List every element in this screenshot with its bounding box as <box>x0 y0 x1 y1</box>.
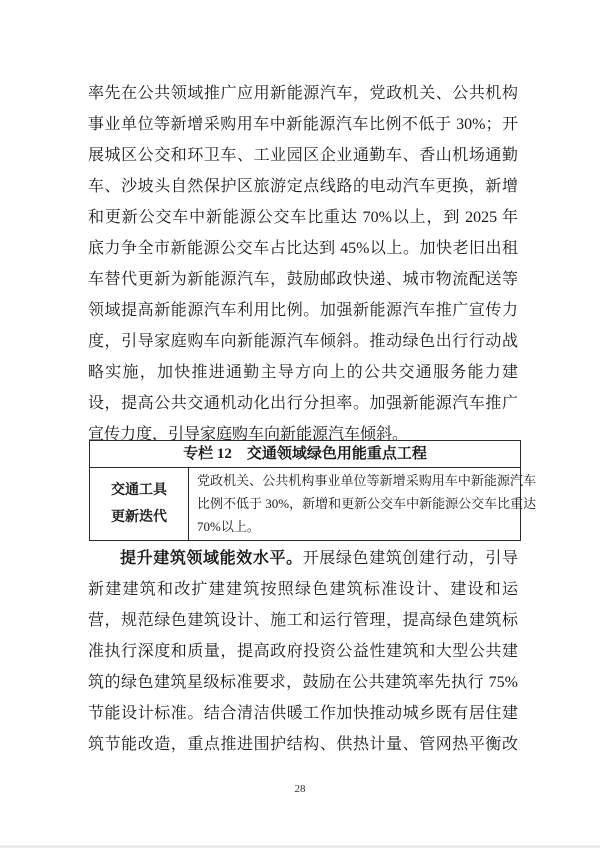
table-title: 专栏 12 交通领域绿色用能重点工程 <box>90 441 520 468</box>
text-line: 展城区公交和环卫车、工业园区企业通勤车、香山机场通勤 <box>88 140 518 171</box>
text-line: 准执行深度和质量，提高政府投资公益性建筑和大型公共建 <box>88 636 518 667</box>
table-body-row: 交通工具 更新迭代 党政机关、公共机构事业单位等新增采购用车中新能源汽车 比例不… <box>90 468 520 540</box>
table-content-line: 比例不低于 30%，新增和更新公交车中新能源公交车比重达 <box>197 492 536 515</box>
table-row-label-line: 交通工具 <box>111 477 167 504</box>
text-line: 提升建筑领域能效水平。开展绿色建筑创建行动，引导 <box>88 543 518 574</box>
paragraph-lead-heading: 提升建筑领域能效水平。 <box>120 550 303 567</box>
text-line: 新建建筑和改扩建建筑按照绿色建筑标准设计、建设和运 <box>88 574 518 605</box>
table-content-line: 党政机关、公共机构事业单位等新增采购用车中新能源汽车 <box>197 469 536 492</box>
text-line: 节能设计标准。结合清洁供暖工作加快推动城乡既有居住建 <box>88 698 518 729</box>
text-line: 筑节能改造，重点推进围护结构、供热计量、管网热平衡改 <box>88 729 518 760</box>
text-line: 车、沙坡头自然保护区旅游定点线路的电动汽车更换，新增 <box>88 171 518 202</box>
page-number: 28 <box>0 783 600 795</box>
text-line: 度，引导家庭购车向新能源汽车倾斜。推动绿色出行行动战 <box>88 326 518 357</box>
document-page: 率先在公共领域推广应用新能源汽车，党政机关、公共机构 事业单位等新增采购用车中新… <box>0 0 600 848</box>
text-line: 设，提高公共交通机动化出行分担率。加强新能源汽车推广 <box>88 388 518 419</box>
column-12-table: 专栏 12 交通领域绿色用能重点工程 交通工具 更新迭代 党政机关、公共机构事业… <box>89 440 521 541</box>
paragraph-new-energy-vehicles: 率先在公共领域推广应用新能源汽车，党政机关、公共机构 事业单位等新增采购用车中新… <box>88 78 518 450</box>
table-row-label: 交通工具 更新迭代 <box>90 468 189 540</box>
text-line: 率先在公共领域推广应用新能源汽车，党政机关、公共机构 <box>88 78 518 109</box>
text-line: 领域提高新能源汽车利用比例。加强新能源汽车推广宣传力 <box>88 295 518 326</box>
text-line: 车替代更新为新能源汽车，鼓励邮政快递、城市物流配送等 <box>88 264 518 295</box>
text-line: 略实施，加快推进通勤主导方向上的公共交通服务能力建 <box>88 357 518 388</box>
text-line: 和更新公交车中新能源公交车比重达 70%以上，到 2025 年 <box>88 202 518 233</box>
text-line: 营，规范绿色建筑设计、施工和运行管理，提高绿色建筑标 <box>88 605 518 636</box>
text-line: 筑的绿色建筑星级标准要求，鼓励在公共建筑率先执行 75% <box>88 667 518 698</box>
paragraph-building-efficiency: 提升建筑领域能效水平。开展绿色建筑创建行动，引导 新建建筑和改扩建建筑按照绿色建… <box>88 543 518 760</box>
table-row-content: 党政机关、公共机构事业单位等新增采购用车中新能源汽车 比例不低于 30%，新增和… <box>189 468 544 540</box>
text-run: 开展绿色建筑创建行动，引导 <box>303 550 518 567</box>
text-line: 底力争全市新能源公交车占比达到 45%以上。加快老旧出租 <box>88 233 518 264</box>
table-row-label-line: 更新迭代 <box>111 504 167 531</box>
table-content-line: 70%以上。 <box>197 515 536 538</box>
text-line: 事业单位等新增采购用车中新能源汽车比例不低于 30%；开 <box>88 109 518 140</box>
